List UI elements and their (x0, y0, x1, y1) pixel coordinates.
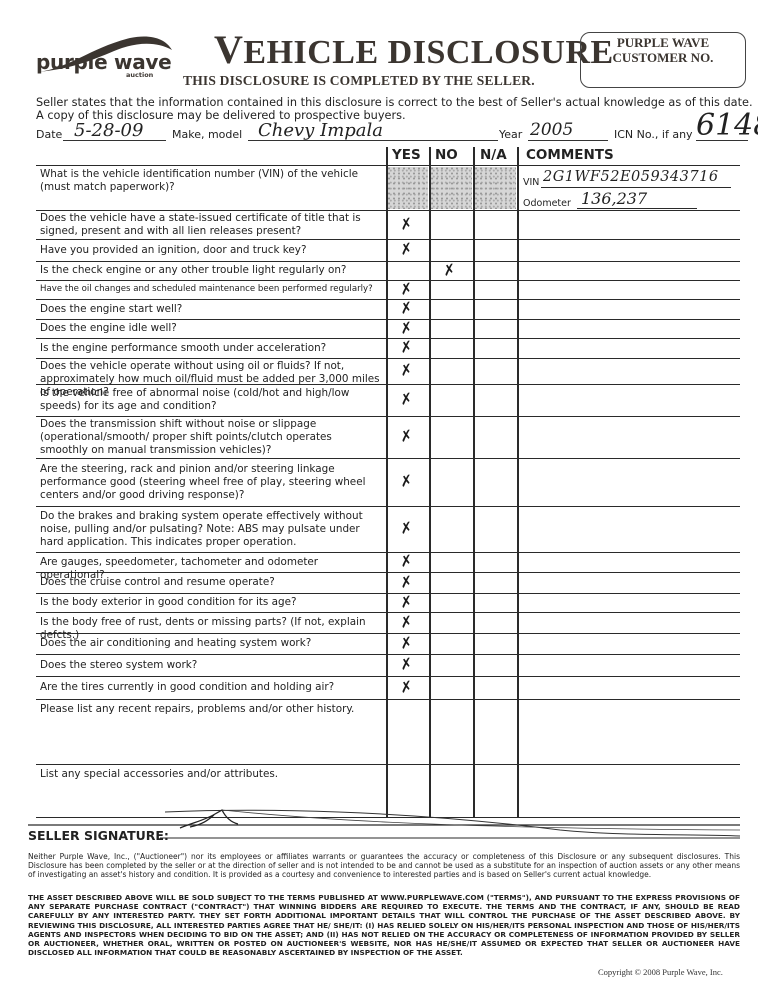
check-mark-icon: ✗ (398, 677, 414, 697)
odometer-label: Odometer (523, 198, 571, 209)
check-mark-icon: ✗ (398, 572, 414, 592)
check-mark-icon: ✗ (398, 360, 414, 380)
vin-field[interactable]: 2G1WF52E059343716 (543, 169, 719, 185)
answer-cell-na[interactable] (473, 358, 517, 384)
question-text: Are the steering, rack and pinion and/or… (40, 463, 382, 502)
question-text: Are the tires currently in good conditio… (40, 681, 382, 694)
answer-cell-na[interactable] (473, 458, 517, 506)
question-text: Do the brakes and braking system operate… (40, 510, 382, 549)
answer-cell-no[interactable] (429, 239, 473, 261)
answer-cell-no[interactable] (429, 210, 473, 239)
answer-cell-yes[interactable]: ✗ (386, 384, 429, 416)
answer-cell-no[interactable] (429, 384, 473, 416)
answer-cell-yes[interactable]: ✗ (386, 552, 429, 572)
answer-cell-yes[interactable]: ✗ (386, 593, 429, 612)
terms-text: THE ASSET DESCRIBED ABOVE WILL BE SOLD S… (28, 893, 740, 957)
check-mark-icon: ✗ (442, 260, 458, 280)
table-row: Is the body free of rust, dents or missi… (36, 612, 740, 633)
purple-wave-logo: purple wave auction (30, 28, 180, 78)
answer-cell-comments[interactable] (517, 676, 740, 699)
answer-cell-no[interactable] (429, 593, 473, 612)
question-text: Is the engine performance smooth under a… (40, 342, 382, 355)
check-mark-icon: ✗ (398, 279, 414, 299)
answer-cell-no[interactable] (429, 572, 473, 593)
page-title: VEHICLE DISCLOSURE (214, 26, 614, 73)
answer-cell-yes[interactable]: ✗ (386, 319, 429, 338)
answer-cell-na[interactable] (473, 572, 517, 593)
answer-cell-no[interactable] (429, 280, 473, 299)
column-header-na: N/A (480, 147, 507, 163)
odometer-field[interactable]: 136,237 (581, 189, 647, 208)
answer-cell-comments[interactable] (517, 699, 740, 764)
answer-cell-no[interactable] (429, 676, 473, 699)
answer-cell-no[interactable] (429, 552, 473, 572)
answer-cell-na[interactable] (473, 552, 517, 572)
answer-cell-na[interactable] (473, 338, 517, 358)
check-mark-icon: ✗ (398, 654, 414, 674)
check-mark-icon: ✗ (398, 239, 414, 259)
answer-cell-na[interactable] (473, 280, 517, 299)
answer-cell-yes[interactable]: ✗ (386, 338, 429, 358)
answer-cell-comments[interactable] (517, 593, 740, 612)
answer-cell-yes[interactable]: ✗ (386, 612, 429, 633)
table-row: Have you provided an ignition, door and … (36, 239, 740, 261)
answer-cell-comments[interactable] (517, 458, 740, 506)
table-row: Are the steering, rack and pinion and/or… (36, 458, 740, 506)
page-subtitle: THIS DISCLOSURE IS COMPLETED BY THE SELL… (183, 73, 535, 89)
answer-cell-yes[interactable]: ✗ (386, 506, 429, 552)
answer-cell-no[interactable] (429, 633, 473, 654)
answer-cell-yes[interactable]: ✗ (386, 458, 429, 506)
table-row: Does the air conditioning and heating sy… (36, 633, 740, 654)
column-header-no: NO (435, 147, 458, 163)
shaded-cell-no (431, 167, 472, 209)
check-mark-icon: ✗ (398, 214, 414, 234)
copyright: Copyright © 2008 Purple Wave, Inc. (598, 967, 723, 977)
table-row: What is the vehicle identification numbe… (36, 165, 740, 210)
question-text: Does the engine idle well? (40, 322, 382, 335)
answer-cell-no[interactable] (429, 612, 473, 633)
question-text: Is the vehicle free of abnormal noise (c… (40, 387, 382, 413)
question-text: Does the air conditioning and heating sy… (40, 637, 382, 650)
icn-label: ICN No., if any (614, 128, 693, 141)
table-row: Does the stereo system work?✗ (36, 654, 740, 676)
check-mark-icon: ✗ (398, 298, 414, 318)
logo-subtext: auction (126, 71, 153, 79)
make-model-label: Make, model (172, 128, 242, 141)
check-mark-icon: ✗ (398, 633, 414, 653)
answer-cell-no[interactable] (429, 506, 473, 552)
answer-cell-comments[interactable] (517, 506, 740, 552)
answer-cell-na[interactable] (473, 261, 517, 280)
question-text: Does the stereo system work? (40, 659, 382, 672)
table-row: Have the oil changes and scheduled maint… (36, 280, 740, 299)
answer-cell-yes[interactable] (386, 699, 429, 764)
answer-cell-comments[interactable] (517, 358, 740, 384)
question-text: Does the vehicle have a state-issued cer… (40, 212, 382, 238)
answer-cell-comments[interactable] (517, 552, 740, 572)
customer-number-box[interactable]: PURPLE WAVE CUSTOMER NO. (580, 32, 746, 88)
disclaimer-text: Neither Purple Wave, Inc., ("Auctioneer"… (28, 852, 740, 879)
answer-cell-na[interactable] (473, 506, 517, 552)
answer-cell-na[interactable] (473, 593, 517, 612)
answer-cell-no[interactable] (429, 699, 473, 764)
answer-cell-na[interactable] (473, 633, 517, 654)
table-row: Does the engine idle well?✗ (36, 319, 740, 338)
question-text: List any special accessories and/or attr… (40, 768, 382, 781)
answer-cell-na[interactable] (473, 319, 517, 338)
answer-cell-no[interactable] (429, 338, 473, 358)
table-row: Is the body exterior in good condition f… (36, 593, 740, 612)
answer-cell-yes[interactable]: ✗ (386, 239, 429, 261)
table-row: Please list any recent repairs, problems… (36, 699, 740, 764)
icn-field[interactable]: 6148 (696, 108, 758, 143)
check-mark-icon: ✗ (398, 612, 414, 632)
table-row: Does the vehicle operate without using o… (36, 358, 740, 384)
check-mark-icon: ✗ (398, 337, 414, 357)
vehicle-info-fields: Date 5-28-09 Make, model Chevy Impala Ye… (36, 120, 748, 142)
check-mark-icon: ✗ (398, 518, 414, 538)
answer-cell-comments[interactable] (517, 612, 740, 633)
answer-cell-na[interactable] (473, 654, 517, 676)
column-header-comments: COMMENTS (526, 147, 614, 163)
answer-cell-no[interactable]: ✗ (429, 261, 473, 280)
question-text: Is the body exterior in good condition f… (40, 596, 382, 609)
answer-cell-yes[interactable]: ✗ (386, 299, 429, 319)
table-row: Does the cruise control and resume opera… (36, 572, 740, 593)
shaded-cell-yes (388, 167, 428, 209)
table-row: Are gauges, speedometer, tachometer and … (36, 552, 740, 572)
answer-cell-yes[interactable]: ✗ (386, 358, 429, 384)
disclosure-table: YES NO N/A COMMENTS What is the vehicle … (36, 147, 740, 827)
table-row: Is the check engine or any other trouble… (36, 261, 740, 280)
column-header-yes: YES (392, 147, 421, 163)
answer-cell-na[interactable] (473, 676, 517, 699)
seller-signature-field[interactable] (0, 800, 758, 840)
table-row: Is the engine performance smooth under a… (36, 338, 740, 358)
question-text: Does the cruise control and resume opera… (40, 576, 382, 589)
question-text: Have the oil changes and scheduled maint… (40, 283, 382, 296)
table-row: Does the engine start well?✗ (36, 299, 740, 319)
answer-cell-comments[interactable] (517, 319, 740, 338)
answer-cell-na[interactable] (473, 239, 517, 261)
answer-cell-comments[interactable] (517, 654, 740, 676)
make-model-field[interactable]: Chevy Impala (258, 120, 383, 141)
answer-cell-no[interactable] (429, 458, 473, 506)
answer-cell-comments[interactable] (517, 210, 740, 239)
answer-cell-yes[interactable]: ✗ (386, 210, 429, 239)
answer-cell-na[interactable] (473, 210, 517, 239)
answer-cell-na[interactable] (473, 612, 517, 633)
date-label: Date (36, 128, 62, 141)
shaded-cell-na (475, 167, 516, 209)
question-text: Does the transmission shift without nois… (40, 418, 382, 457)
intro-statement: Seller states that the information conta… (36, 96, 753, 122)
answer-cell-yes[interactable]: ✗ (386, 676, 429, 699)
check-mark-icon: ✗ (398, 318, 414, 338)
year-label: Year (499, 128, 522, 141)
question-text: Is the check engine or any other trouble… (40, 264, 382, 277)
answer-cell-na[interactable] (473, 384, 517, 416)
answer-cell-yes[interactable]: ✗ (386, 633, 429, 654)
answer-cell-na[interactable] (473, 699, 517, 764)
answer-cell-comments[interactable] (517, 416, 740, 458)
answer-cell-comments[interactable] (517, 261, 740, 280)
question-text: What is the vehicle identification numbe… (40, 168, 382, 194)
answer-cell-comments[interactable] (517, 299, 740, 319)
check-mark-icon: ✗ (398, 426, 414, 446)
answer-cell-no[interactable] (429, 299, 473, 319)
answer-cell-yes[interactable]: ✗ (386, 280, 429, 299)
question-text: Have you provided an ignition, door and … (40, 244, 382, 257)
table-row: Do the brakes and braking system operate… (36, 506, 740, 552)
check-mark-icon: ✗ (398, 471, 414, 491)
table-row: Does the transmission shift without nois… (36, 416, 740, 458)
check-mark-icon: ✗ (398, 551, 414, 571)
check-mark-icon: ✗ (398, 592, 414, 612)
answer-cell-comments[interactable] (517, 239, 740, 261)
answer-cell-no[interactable] (429, 358, 473, 384)
vin-label: VIN (523, 177, 539, 188)
table-row: Is the vehicle free of abnormal noise (c… (36, 384, 740, 416)
answer-cell-yes[interactable] (386, 261, 429, 280)
table-row: Does the vehicle have a state-issued cer… (36, 210, 740, 239)
answer-cell-comments[interactable] (517, 280, 740, 299)
answer-cell-comments[interactable] (517, 633, 740, 654)
answer-cell-na[interactable] (473, 416, 517, 458)
question-text: Please list any recent repairs, problems… (40, 703, 382, 716)
check-mark-icon: ✗ (398, 389, 414, 409)
answer-cell-no[interactable] (429, 416, 473, 458)
year-field[interactable]: 2005 (530, 120, 573, 140)
answer-cell-na[interactable] (473, 299, 517, 319)
answer-cell-comments[interactable] (517, 338, 740, 358)
customer-number-label: PURPLE WAVE CUSTOMER NO. (581, 35, 745, 65)
answer-cell-yes[interactable]: ✗ (386, 654, 429, 676)
answer-cell-no[interactable] (429, 319, 473, 338)
question-text: Does the engine start well? (40, 303, 382, 316)
answer-cell-comments[interactable] (517, 384, 740, 416)
table-row: Are the tires currently in good conditio… (36, 676, 740, 699)
answer-cell-no[interactable] (429, 654, 473, 676)
answer-cell-yes[interactable]: ✗ (386, 416, 429, 458)
answer-cell-comments[interactable] (517, 572, 740, 593)
answer-cell-yes[interactable]: ✗ (386, 572, 429, 593)
date-field[interactable]: 5-28-09 (74, 120, 143, 141)
